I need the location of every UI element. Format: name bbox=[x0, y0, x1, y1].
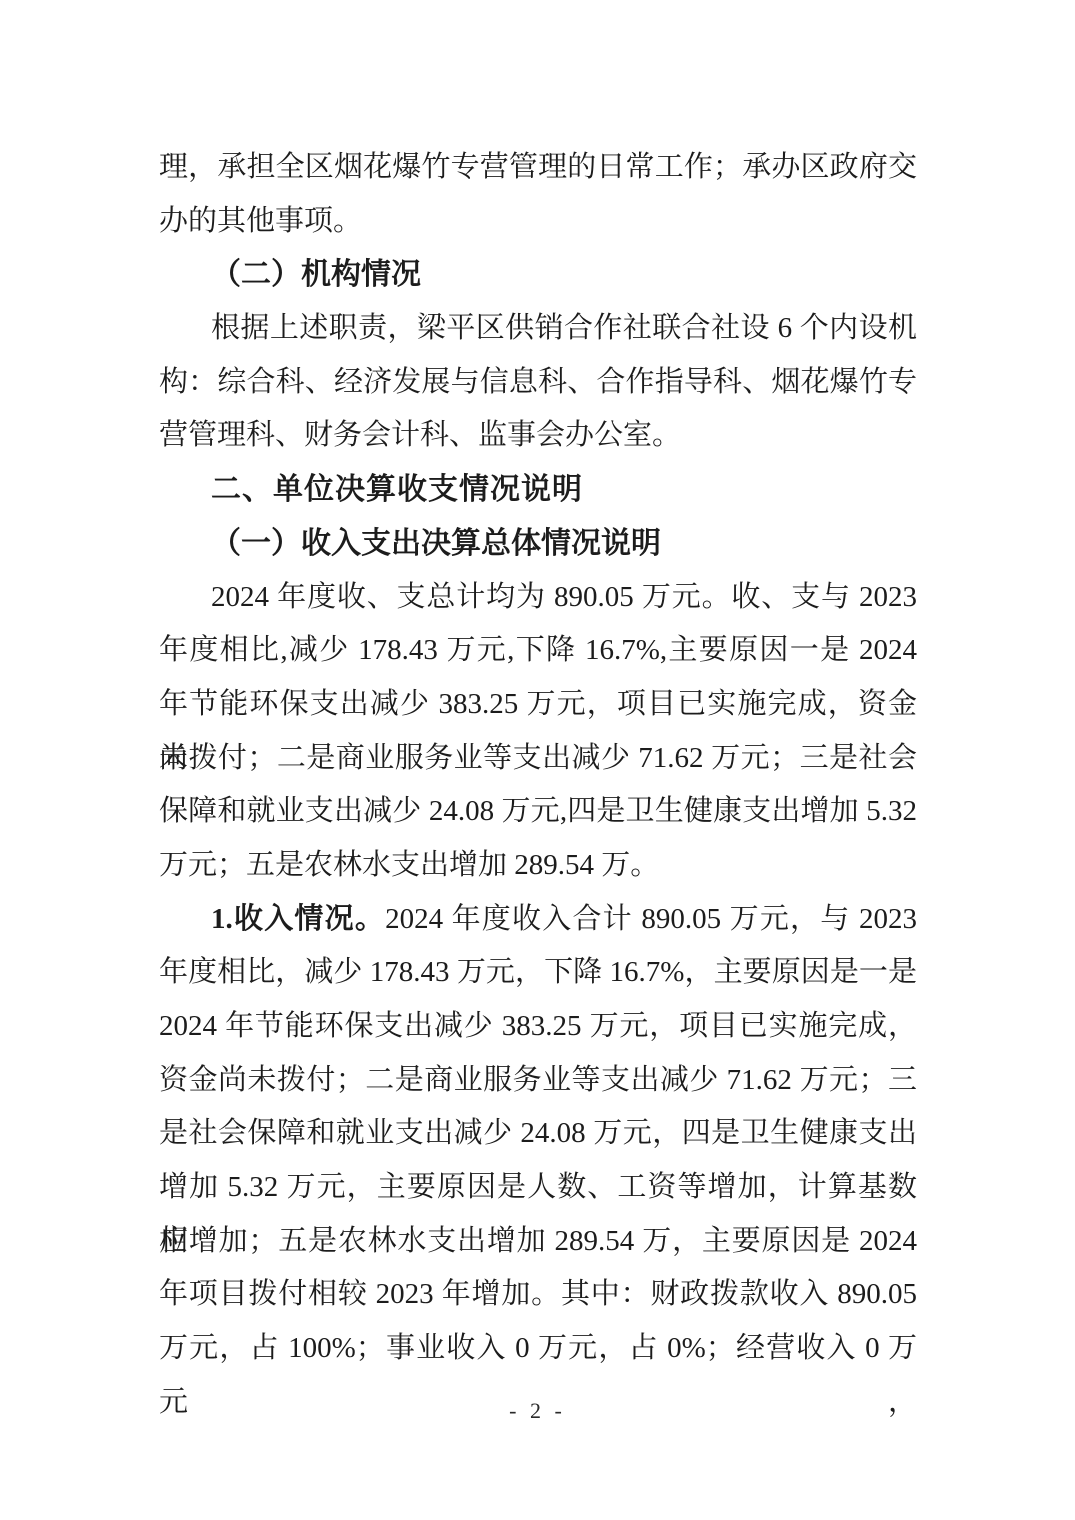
page-number: - 2 - bbox=[509, 1398, 566, 1423]
text-run: 构：综合科、经济发展与信息科、合作指导科、烟花爆竹专 bbox=[159, 366, 917, 398]
body-line: 应增加；五是农林水支出增加 289.54 万，主要原因是 2024 bbox=[159, 1215, 917, 1269]
text-run: 资金尚未拨付；二是商业服务业等支出减少 71.62 万元；三 bbox=[159, 1064, 917, 1096]
body-line: 增加 5.32 万元，主要原因是人数、工资等增加，计算基数相 bbox=[159, 1161, 917, 1215]
body-line: 年度相比,减少 178.43 万元,下降 16.7%,主要原因一是 2024 bbox=[159, 624, 917, 678]
body-line: 构：综合科、经济发展与信息科、合作指导科、烟花爆竹专 bbox=[159, 356, 917, 410]
bold-text-run: 1.收入情况。 bbox=[211, 903, 385, 935]
body-line: 保障和就业支出减少 24.08 万元,四是卫生健康支出增加 5.32 bbox=[159, 785, 917, 839]
text-run: 年项目拨付相较 2023 年增加。其中：财政拨款收入 890.05 bbox=[159, 1278, 917, 1310]
bold-text-run: （一）收入支出决算总体情况说明 bbox=[211, 527, 661, 560]
body-line: 1.收入情况。2024 年度收入合计 890.05 万元，与 2023 bbox=[159, 893, 917, 947]
body-line: 万元；五是农林水支出增加 289.54 万。 bbox=[159, 839, 917, 893]
text-run: 保障和就业支出减少 24.08 万元,四是卫生健康支出增加 5.32 bbox=[159, 795, 917, 827]
heading-line: （二）机构情况 bbox=[159, 248, 917, 302]
body-line: 根据上述职责，梁平区供销合作社联合社设 6 个内设机 bbox=[159, 302, 917, 356]
heading-line: （一）收入支出决算总体情况说明 bbox=[159, 517, 917, 571]
text-run: 应增加；五是农林水支出增加 289.54 万，主要原因是 2024 bbox=[159, 1225, 917, 1257]
page-footer: - 2 - bbox=[0, 1398, 1075, 1424]
bold-text-run: 二、单位决算收支情况说明 bbox=[211, 473, 583, 506]
body-line: 是社会保障和就业支出减少 24.08 万元，四是卫生健康支出 bbox=[159, 1107, 917, 1161]
text-run: 是社会保障和就业支出减少 24.08 万元，四是卫生健康支出 bbox=[159, 1117, 917, 1149]
document-body: 理，承担全区烟花爆竹专营管理的日常工作；承办区政府交办的其他事项。（二）机构情况… bbox=[159, 141, 917, 1376]
bold-text-run: （二）机构情况 bbox=[211, 258, 421, 291]
body-line: 2024 年度收、支总计均为 890.05 万元。收、支与 2023 bbox=[159, 571, 917, 625]
text-run: 未拨付；二是商业服务业等支出减少 71.62 万元；三是社会 bbox=[159, 742, 917, 774]
text-run: 2024 年度收、支总计均为 890.05 万元。收、支与 2023 bbox=[211, 581, 917, 613]
text-run: 2024 年节能环保支出减少 383.25 万元，项目已实施完成， bbox=[159, 1010, 917, 1042]
body-line: 年项目拨付相较 2023 年增加。其中：财政拨款收入 890.05 bbox=[159, 1268, 917, 1322]
text-run: 营管理科、财务会计科、监事会办公室。 bbox=[159, 419, 681, 451]
body-line: 理，承担全区烟花爆竹专营管理的日常工作；承办区政府交 bbox=[159, 141, 917, 195]
document-page: 理，承担全区烟花爆竹专营管理的日常工作；承办区政府交办的其他事项。（二）机构情况… bbox=[0, 0, 1075, 1520]
text-run: 根据上述职责，梁平区供销合作社联合社设 6 个内设机 bbox=[211, 312, 917, 344]
text-run: 办的其他事项。 bbox=[159, 205, 362, 237]
body-line: 2024 年节能环保支出减少 383.25 万元，项目已实施完成， bbox=[159, 1000, 917, 1054]
heading-line: 二、单位决算收支情况说明 bbox=[159, 463, 917, 517]
body-line: 年度相比，减少 178.43 万元，下降 16.7%，主要原因是一是 bbox=[159, 946, 917, 1000]
text-run: 年度相比,减少 178.43 万元,下降 16.7%,主要原因一是 2024 bbox=[159, 634, 917, 666]
body-line: 年节能环保支出减少 383.25 万元，项目已实施完成，资金尚 bbox=[159, 678, 917, 732]
text-run: 万元；五是农林水支出增加 289.54 万。 bbox=[159, 849, 659, 881]
body-line: 办的其他事项。 bbox=[159, 195, 917, 249]
body-line: 资金尚未拨付；二是商业服务业等支出减少 71.62 万元；三 bbox=[159, 1054, 917, 1108]
body-line: 营管理科、财务会计科、监事会办公室。 bbox=[159, 409, 917, 463]
text-run: 2024 年度收入合计 890.05 万元，与 2023 bbox=[385, 903, 917, 935]
body-line: 万元，占 100%；事业收入 0 万元，占 0%；经营收入 0 万元， bbox=[159, 1322, 917, 1376]
body-line: 未拨付；二是商业服务业等支出减少 71.62 万元；三是社会 bbox=[159, 732, 917, 786]
text-run: 理，承担全区烟花爆竹专营管理的日常工作；承办区政府交 bbox=[159, 151, 917, 183]
text-run: 年度相比，减少 178.43 万元，下降 16.7%，主要原因是一是 bbox=[159, 956, 917, 988]
